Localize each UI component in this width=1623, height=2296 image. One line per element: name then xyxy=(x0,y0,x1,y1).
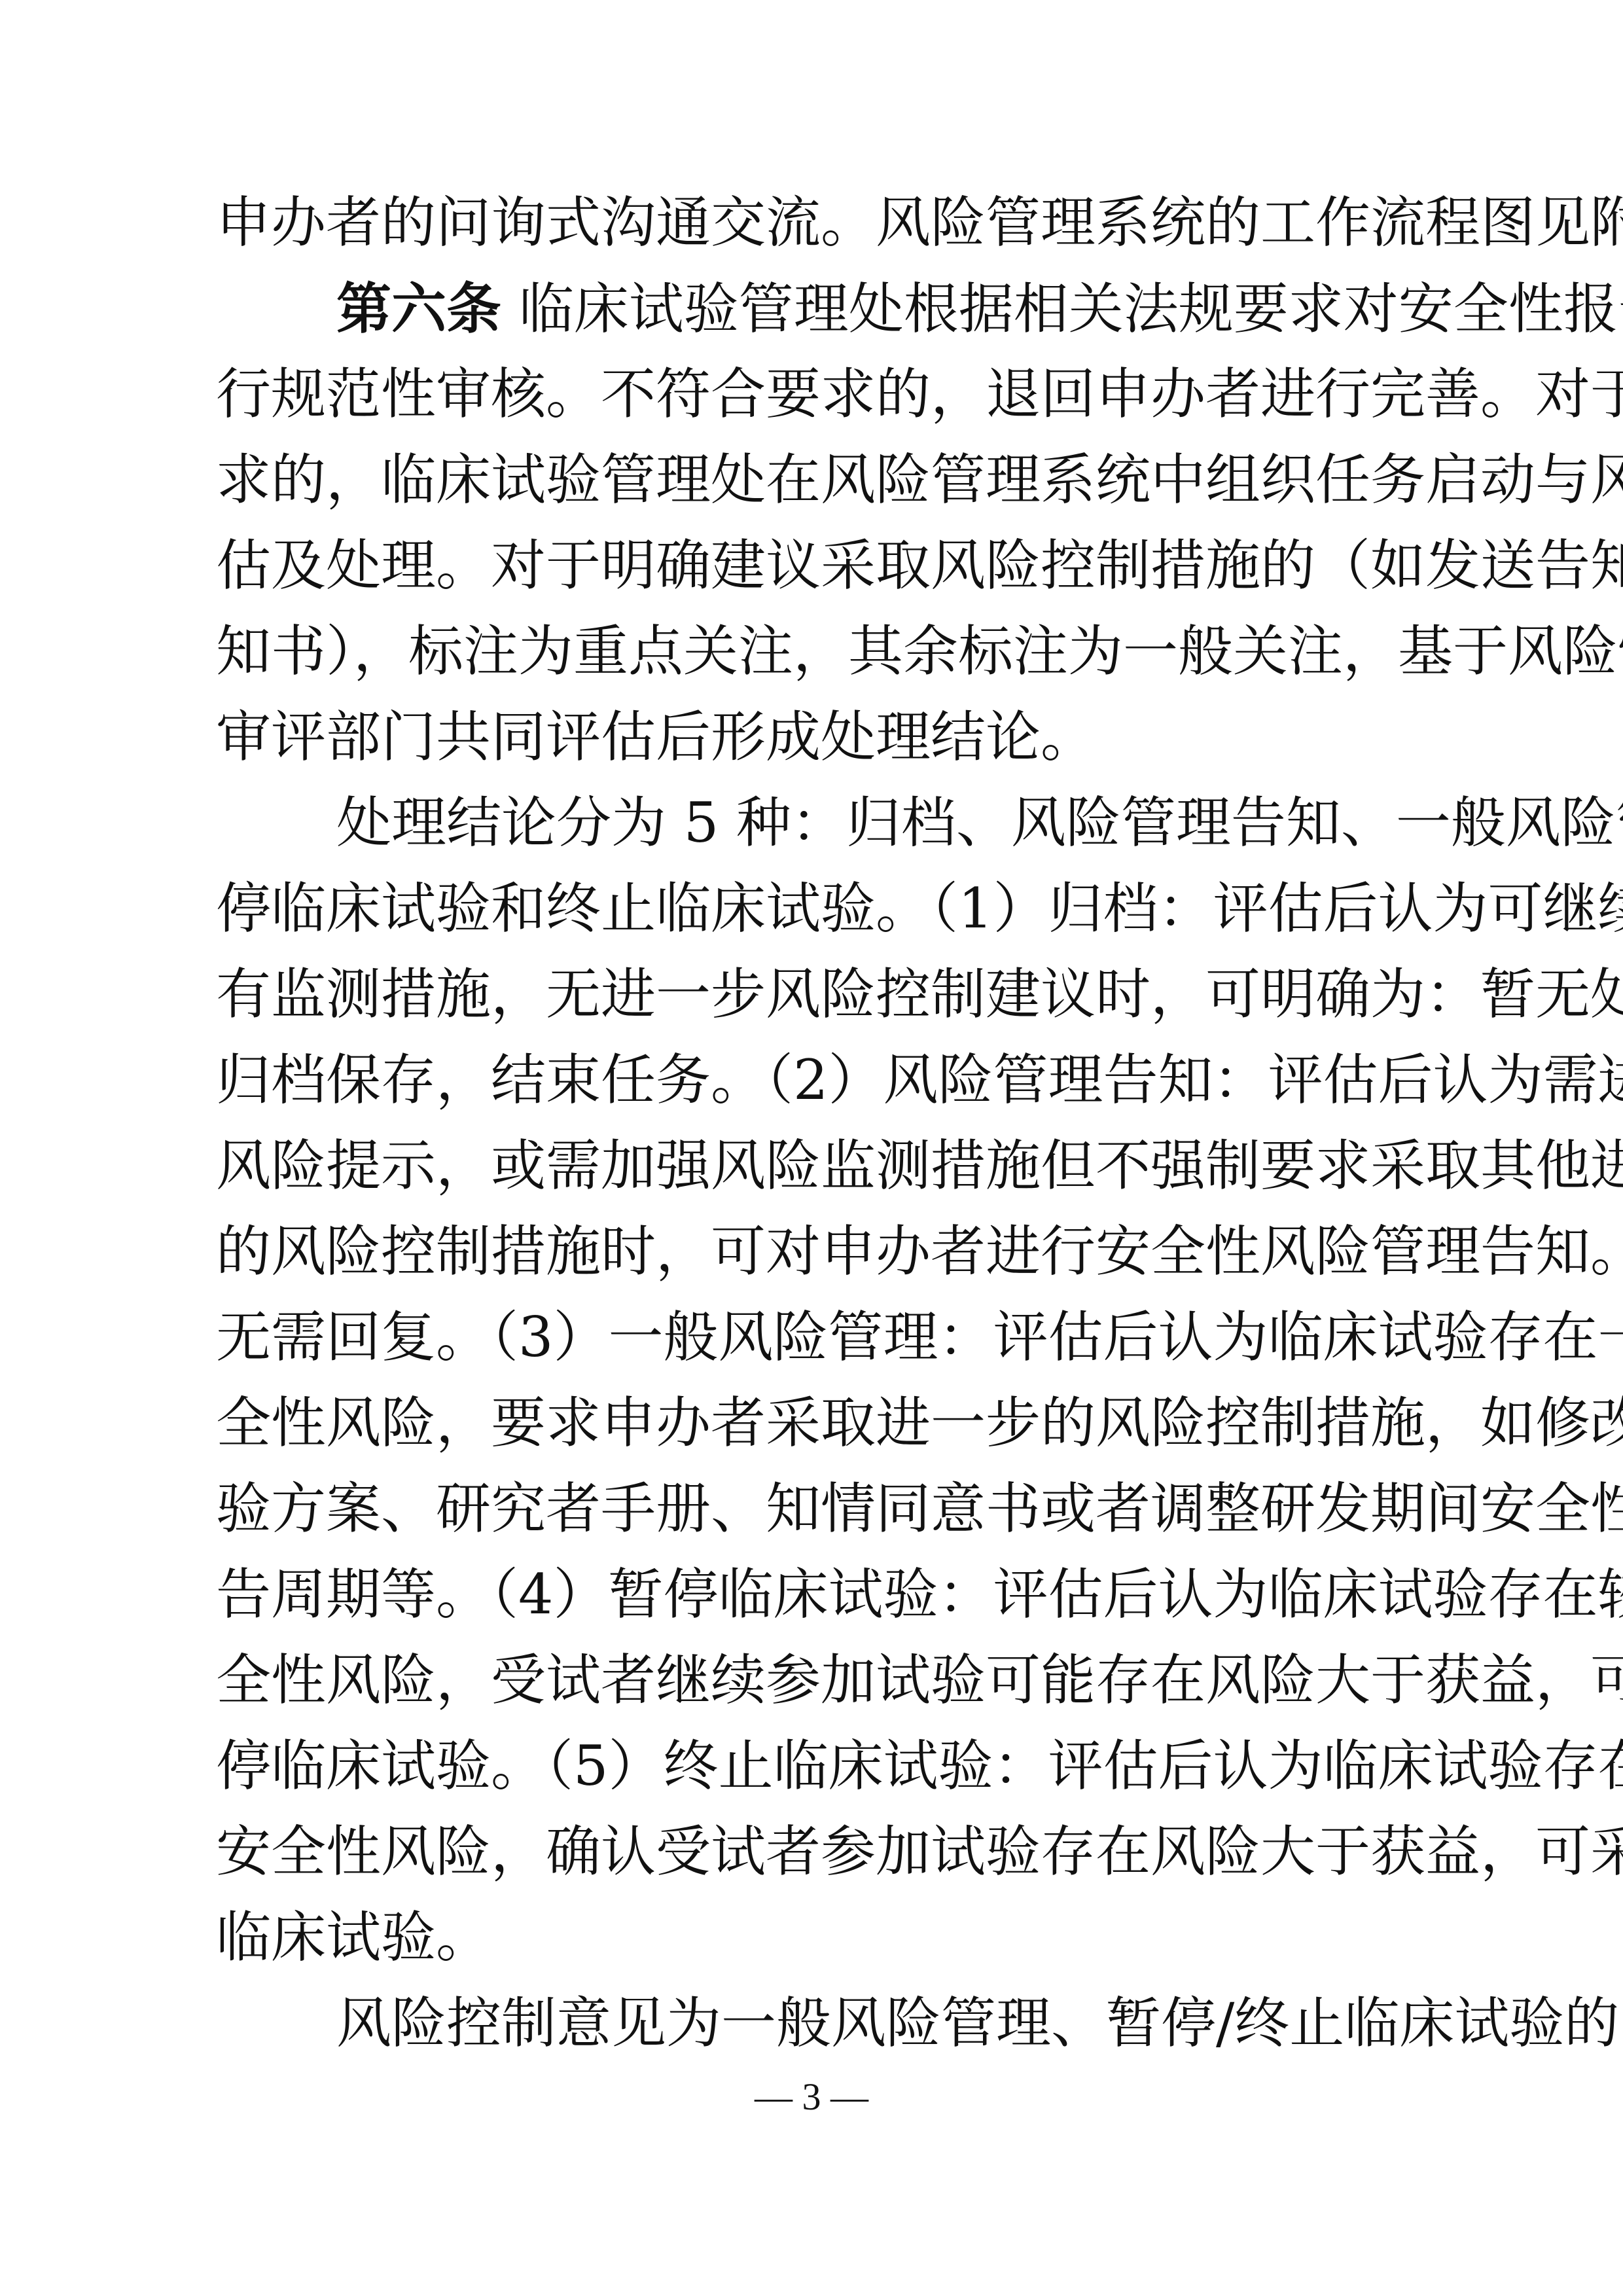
text-line: 有监测措施，无进一步风险控制建议时，可明确为：暂无处理意见 xyxy=(216,952,1378,1037)
text-line: 的风险控制措施时，可对申办者进行安全性风险管理告知。申办者 xyxy=(216,1209,1378,1295)
text-line: 行规范性审核。不符合要求的，退回申办者进行完善。对于符合要 xyxy=(216,351,1378,437)
text-line: 求的，临床试验管理处在风险管理系统中组织任务启动与风险评 xyxy=(216,437,1378,523)
text-line: 停临床试验和终止临床试验。（1）归档：评估后认为可继续采用现 xyxy=(216,866,1378,952)
article-6-first-line: 第六条 临床试验管理处根据相关法规要求对安全性报告进 xyxy=(216,266,1378,351)
text-line: 停临床试验。（5）终止临床试验：评估后认为临床试验存在重大的 xyxy=(216,1723,1378,1809)
document-page: 申办者的问询式沟通交流。风险管理系统的工作流程图见附件 1。 第六条 临床试验管… xyxy=(0,0,1623,2296)
page-number: — 3 — xyxy=(0,2075,1623,2119)
text-line: 全性风险，受试者继续参加试验可能存在风险大于获益，可采取暂 xyxy=(216,1638,1378,1723)
text-line: 风险提示，或需加强风险监测措施但不强制要求采取其他进一步 xyxy=(216,1123,1378,1209)
text-line: 归档保存，结束任务。（2）风险管理告知：评估后认为需进行安全 xyxy=(216,1037,1378,1123)
text-line: 审评部门共同评估后形成处理结论。 xyxy=(216,694,1378,780)
text-line: 申办者的问询式沟通交流。风险管理系统的工作流程图见附件 1。 xyxy=(216,180,1378,266)
body-text: 申办者的问询式沟通交流。风险管理系统的工作流程图见附件 1。 第六条 临床试验管… xyxy=(216,180,1378,2066)
text-run: 临床试验管理处根据相关法规要求对安全性报告进 xyxy=(501,277,1623,341)
text-line: 全性风险，要求申办者采取进一步的风险控制措施，如修改临床试 xyxy=(216,1380,1378,1466)
text-line: 安全性风险，确认受试者参加试验存在风险大于获益，可采取终止 xyxy=(216,1809,1378,1895)
text-line: 临床试验。 xyxy=(216,1895,1378,1981)
article-heading: 第六条 xyxy=(336,276,501,341)
text-line: 估及处理。对于明确建议采取风险控制措施的（如发送告知信或通 xyxy=(216,523,1378,609)
text-line: 告周期等。（4）暂停临床试验：评估后认为临床试验存在较大的安 xyxy=(216,1552,1378,1638)
text-line: 知书），标注为重点关注，其余标注为一般关注，基于风险情形与 xyxy=(216,609,1378,694)
text-line: 处理结论分为 5 种：归档、风险管理告知、一般风险管理、暂 xyxy=(216,780,1378,866)
text-line: 无需回复。（3）一般风险管理：评估后认为临床试验存在一定的安 xyxy=(216,1295,1378,1380)
text-line: 风险控制意见为一般风险管理、暂停/终止临床试验的，应提 xyxy=(216,1981,1378,2066)
text-line: 验方案、研究者手册、知情同意书或者调整研发期间安全性更新报 xyxy=(216,1466,1378,1552)
